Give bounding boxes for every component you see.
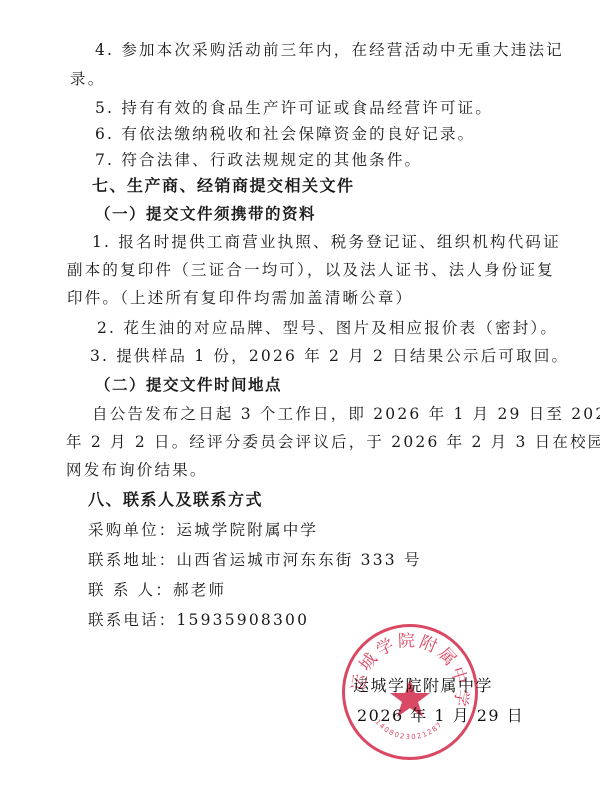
item-number: 7. (95, 151, 114, 169)
sub2-para-line3: 网发布询价结果。 (66, 460, 208, 480)
contact-person: 联 系 人：郝老师 (88, 580, 226, 600)
contact-unit: 采购单位：运城学院附属中学 (88, 520, 318, 540)
sub1-item3: 3. 提供样品 1 份，2026 年 2 月 2 日结果公示后可取回。 (90, 346, 569, 366)
item-number: 4. (95, 41, 114, 59)
item-4-line2: 录。 (70, 69, 105, 89)
subsection-1-heading: （一）提交文件须携带的资料 (95, 204, 316, 224)
item-text: 有依法缴纳税收和社会保障资金的良好记录。 (121, 125, 475, 143)
sub2-para-line1: 自公告发布之日起 3 个工作日，即 2026 年 1 月 29 日至 2026 (92, 404, 600, 424)
item-text: 参加本次采购活动前三年内，在经营活动中无重大违法记 (121, 41, 564, 59)
item-number: 6. (95, 125, 114, 143)
item-5: 5. 持有有效的食品生产许可证或食品经营许可证。 (95, 98, 493, 118)
item-4-line1: 4. 参加本次采购活动前三年内，在经营活动中无重大违法记 (95, 40, 564, 60)
contact-phone: 联系电话：15935908300 (88, 610, 309, 630)
sub1-item1-line1: 1. 报名时提供工商营业执照、税务登记证、组织机构代码证 (92, 232, 561, 252)
sub2-para-line2: 年 2 月 2 日。经评分委员会评议后，于 2026 年 2 月 3 日在校园 (66, 432, 600, 452)
signature-date: 2026 年 1 月 29 日 (357, 703, 524, 726)
item-number: 5. (95, 99, 114, 117)
item-text: 持有有效的食品生产许可证或食品经营许可证。 (121, 99, 493, 117)
section-7-heading: 七、生产商、经销商提交相关文件 (92, 176, 355, 196)
item-6: 6. 有依法缴纳税收和社会保障资金的良好记录。 (95, 124, 475, 144)
signature-org: 运城学院附属中学 (353, 673, 493, 696)
section-8-heading: 八、联系人及联系方式 (88, 490, 263, 510)
item-7: 7. 符合法律、行政法规规定的其他条件。 (95, 150, 422, 170)
item-text: 符合法律、行政法规规定的其他条件。 (121, 151, 422, 169)
sub1-item1-line2: 副本的复印件（三证合一均可），以及法人证书、法人身份证复 (67, 260, 555, 280)
sub1-item2: 2. 花生油的对应品牌、型号、图片及相应报价表（密封）。 (97, 318, 558, 338)
contact-address: 联系地址：山西省运城市河东东街 333 号 (88, 550, 422, 570)
subsection-2-heading: （二）提交文件时间地点 (95, 375, 282, 395)
sub1-item1-line3: 印件。（上述所有复印件均需加盖清晰公章） (67, 288, 413, 308)
